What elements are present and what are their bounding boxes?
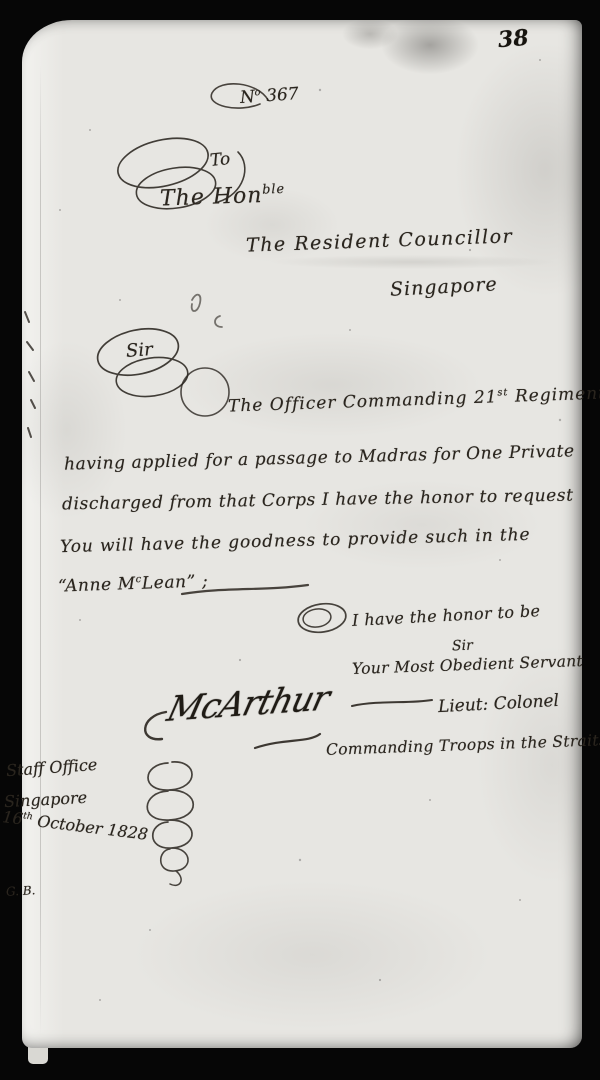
scanned-letter-page: 38 No 367 To The Honble The Resident Cou… [0,0,600,1080]
address-honorific: The Honble [160,182,286,212]
salutation: Sir [125,339,153,362]
body-line-1-rest: Regiment [508,383,600,406]
letter-number-text: N [239,87,255,108]
paper-crease [40,65,41,1036]
ship-name-text: “Anne M [58,574,136,597]
body-line-1-superscript: st [497,387,508,398]
letter-number-digits: 367 [260,84,299,107]
ship-name-rest: Lean” ; [142,571,209,593]
marginalia-initials: G. B. [6,883,36,899]
address-honorific-text: The Hon [160,183,263,212]
closing-line-2: Sir [452,638,473,655]
letter-number: No 367 [239,84,299,108]
address-to: To [209,149,231,171]
address-honorific-superscript: ble [262,182,285,198]
dateline-day: 16 [1,807,24,828]
folio-number: 38 [497,25,530,54]
